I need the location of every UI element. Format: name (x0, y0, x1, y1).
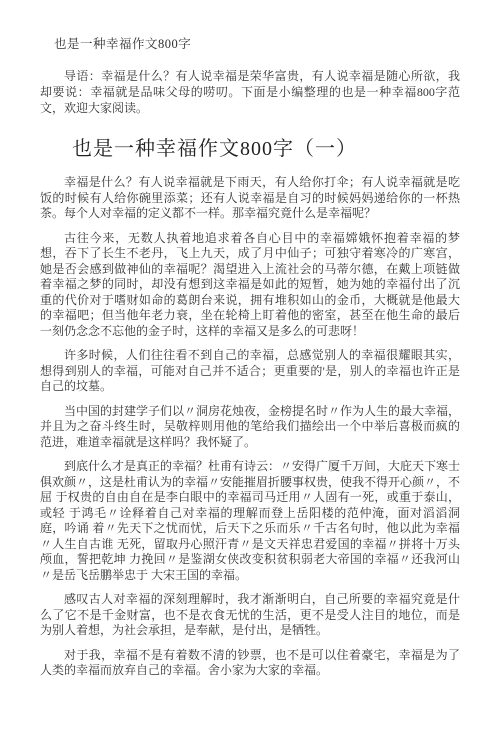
essay-paragraph-7: 对于我，幸福不是有着数不清的钞票，也不是可以住着豪宅，幸福是为了 人类的幸福而放… (40, 648, 460, 679)
document-page: 也是一种幸福作文800字 导语：幸福是什么？有人说幸福是荣华富贵，有人说幸福是随… (0, 0, 500, 740)
essay-paragraph-1: 幸福是什么？有人说幸福就是下雨天，有人给你打伞；有人说幸福就是吃 饭的时候有人给… (40, 175, 460, 222)
section-heading: 也是一种幸福作文800字（一） (72, 132, 460, 161)
essay-paragraph-3: 许多时候，人们往往看不到自己的幸福，总感觉别人的幸福很耀眼其实， 想得到别人的幸… (40, 348, 460, 395)
intro-paragraph: 导语：幸福是什么？有人说幸福是荣华富贵，有人说幸福是随心所欲，我 却要说：幸福就… (40, 68, 460, 116)
essay-paragraph-4: 当中国的封建学子们以〃洞房花烛夜，金榜提名时〃作为人生的最大幸福， 并且为之奋斗… (40, 404, 460, 451)
essay-body: 幸福是什么？有人说幸福就是下雨天，有人给你打伞；有人说幸福就是吃 饭的时候有人给… (40, 175, 460, 679)
essay-paragraph-6: 感叹古人对幸福的深刻理解时，我才渐渐明白，自己所要的幸福究竟是什 么了它不是千金… (40, 592, 460, 639)
essay-paragraph-5: 到底什么才是真正的幸福？杜甫有诗云：〃安得广厦千万间，大庇天下寒士 俱欢颜〃，这… (40, 459, 460, 583)
essay-paragraph-2: 古往今来，无数人执着地追求着各自心目中的幸福嫦娥怀抱着幸福的梦 想，吞下了长生不… (40, 231, 460, 340)
document-title: 也是一种幸福作文800字 (54, 34, 460, 52)
